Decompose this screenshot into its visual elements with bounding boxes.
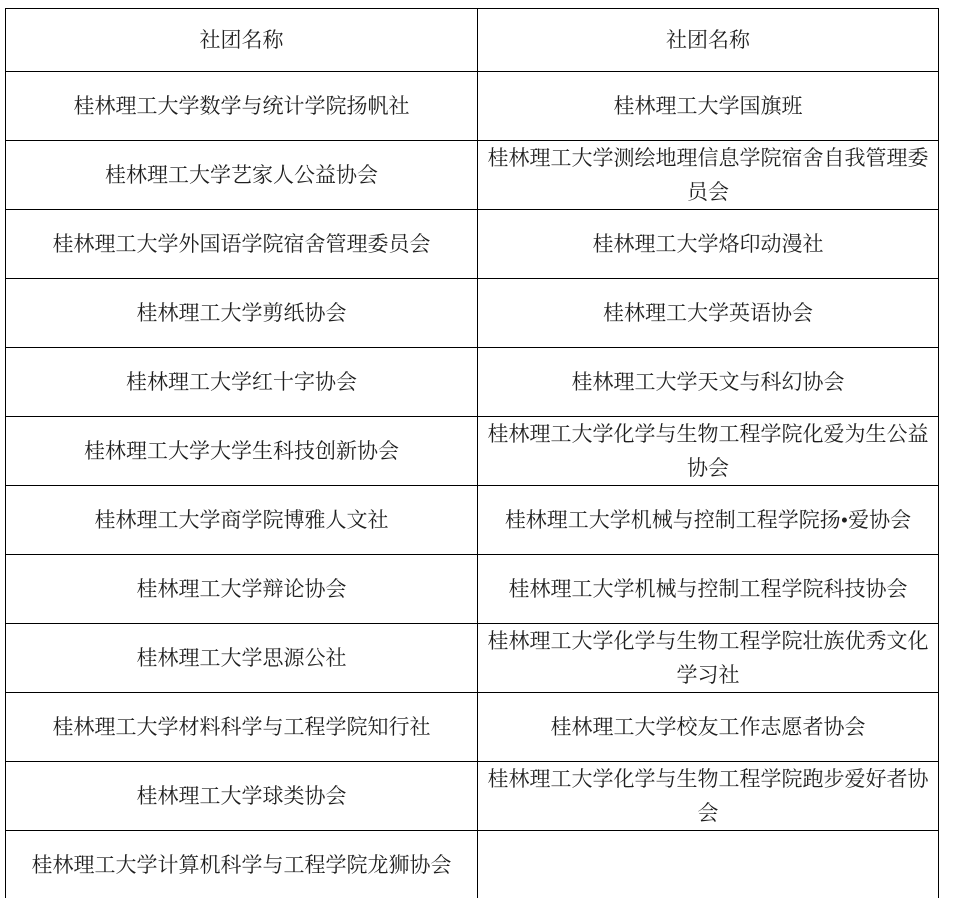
club-name-cell: 桂林理工大学天文与科幻协会 [478, 348, 939, 417]
table-row: 桂林理工大学思源公社 桂林理工大学化学与生物工程学院壮族优秀文化学习社 [6, 624, 939, 693]
table-row: 桂林理工大学商学院博雅人文社 桂林理工大学机械与控制工程学院扬•爱协会 [6, 486, 939, 555]
club-name-cell: 桂林理工大学数学与统计学院扬帆社 [6, 72, 478, 141]
club-name-cell: 桂林理工大学国旗班 [478, 72, 939, 141]
club-name-cell: 桂林理工大学化学与生物工程学院跑步爱好者协会 [478, 762, 939, 831]
club-name-cell: 桂林理工大学化学与生物工程学院壮族优秀文化学习社 [478, 624, 939, 693]
club-name-cell: 桂林理工大学思源公社 [6, 624, 478, 693]
club-name-cell: 桂林理工大学红十字协会 [6, 348, 478, 417]
club-name-cell: 桂林理工大学辩论协会 [6, 555, 478, 624]
club-name-cell: 桂林理工大学机械与控制工程学院扬•爱协会 [478, 486, 939, 555]
club-name-cell: 桂林理工大学英语协会 [478, 279, 939, 348]
table-header-row: 社团名称 社团名称 [6, 9, 939, 72]
table-row: 桂林理工大学计算机科学与工程学院龙狮协会 [6, 831, 939, 898]
table-row: 桂林理工大学材料科学与工程学院知行社 桂林理工大学校友工作志愿者协会 [6, 693, 939, 762]
table-row: 桂林理工大学剪纸协会 桂林理工大学英语协会 [6, 279, 939, 348]
club-name-cell: 桂林理工大学球类协会 [6, 762, 478, 831]
table-row: 桂林理工大学数学与统计学院扬帆社 桂林理工大学国旗班 [6, 72, 939, 141]
table-row: 桂林理工大学外国语学院宿舍管理委员会 桂林理工大学烙印动漫社 [6, 210, 939, 279]
column-header-right: 社团名称 [478, 9, 939, 72]
club-name-cell: 桂林理工大学测绘地理信息学院宿舍自我管理委员会 [478, 141, 939, 210]
club-name-cell: 桂林理工大学机械与控制工程学院科技协会 [478, 555, 939, 624]
club-name-cell: 桂林理工大学计算机科学与工程学院龙狮协会 [6, 831, 478, 898]
table-row: 桂林理工大学艺家人公益协会 桂林理工大学测绘地理信息学院宿舍自我管理委员会 [6, 141, 939, 210]
table-row: 桂林理工大学球类协会 桂林理工大学化学与生物工程学院跑步爱好者协会 [6, 762, 939, 831]
club-name-cell: 桂林理工大学商学院博雅人文社 [6, 486, 478, 555]
club-name-cell: 桂林理工大学化学与生物工程学院化爱为生公益协会 [478, 417, 939, 486]
table-row: 桂林理工大学红十字协会 桂林理工大学天文与科幻协会 [6, 348, 939, 417]
club-name-cell: 桂林理工大学外国语学院宿舍管理委员会 [6, 210, 478, 279]
table-row: 桂林理工大学辩论协会 桂林理工大学机械与控制工程学院科技协会 [6, 555, 939, 624]
club-name-cell [478, 831, 939, 898]
column-header-left: 社团名称 [6, 9, 478, 72]
club-name-cell: 桂林理工大学大学生科技创新协会 [6, 417, 478, 486]
club-name-cell: 桂林理工大学艺家人公益协会 [6, 141, 478, 210]
club-name-cell: 桂林理工大学材料科学与工程学院知行社 [6, 693, 478, 762]
clubs-table: 社团名称 社团名称 桂林理工大学数学与统计学院扬帆社 桂林理工大学国旗班 桂林理… [5, 8, 939, 898]
club-name-cell: 桂林理工大学烙印动漫社 [478, 210, 939, 279]
club-name-cell: 桂林理工大学剪纸协会 [6, 279, 478, 348]
club-name-cell: 桂林理工大学校友工作志愿者协会 [478, 693, 939, 762]
document-page: 社团名称 社团名称 桂林理工大学数学与统计学院扬帆社 桂林理工大学国旗班 桂林理… [0, 0, 960, 898]
table-row: 桂林理工大学大学生科技创新协会 桂林理工大学化学与生物工程学院化爱为生公益协会 [6, 417, 939, 486]
